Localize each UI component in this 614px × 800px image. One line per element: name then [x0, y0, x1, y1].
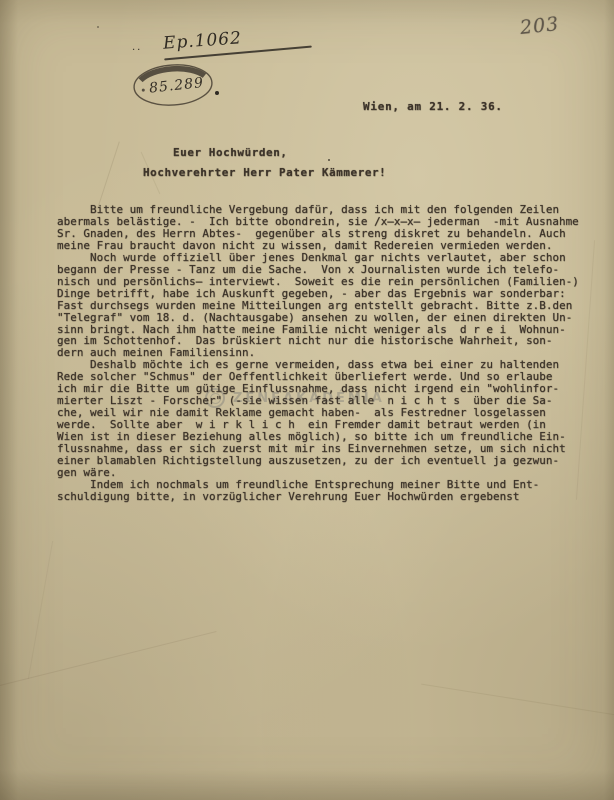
- ink-speck: [328, 159, 330, 161]
- paper-crease: [0, 631, 217, 690]
- letter-salutation-line2: Hochverehrter Herr Pater Kämmerer!: [143, 167, 386, 179]
- paper-crease: [97, 142, 120, 209]
- catalog-number-annotation: Ep.1062: [162, 28, 242, 53]
- letter-dateline: Wien, am 21. 2. 36.: [363, 101, 503, 113]
- ink-dots-mark: ..: [132, 42, 142, 53]
- ink-speck: [97, 26, 99, 28]
- scanned-letter-page: .. Ep.1062 203 85.289 ZENEAKADÉMIA Wien,…: [0, 0, 614, 800]
- paper-crease: [421, 684, 614, 718]
- paper-crease: [28, 541, 53, 679]
- letter-salutation-line1: Euer Hochwürden,: [173, 147, 288, 159]
- library-stamp: 85.289: [129, 59, 216, 111]
- letter-body: Bitte um freundliche Vergebung dafür, da…: [57, 204, 579, 503]
- page-number-annotation: 203: [519, 13, 560, 39]
- ink-speck: [215, 91, 219, 95]
